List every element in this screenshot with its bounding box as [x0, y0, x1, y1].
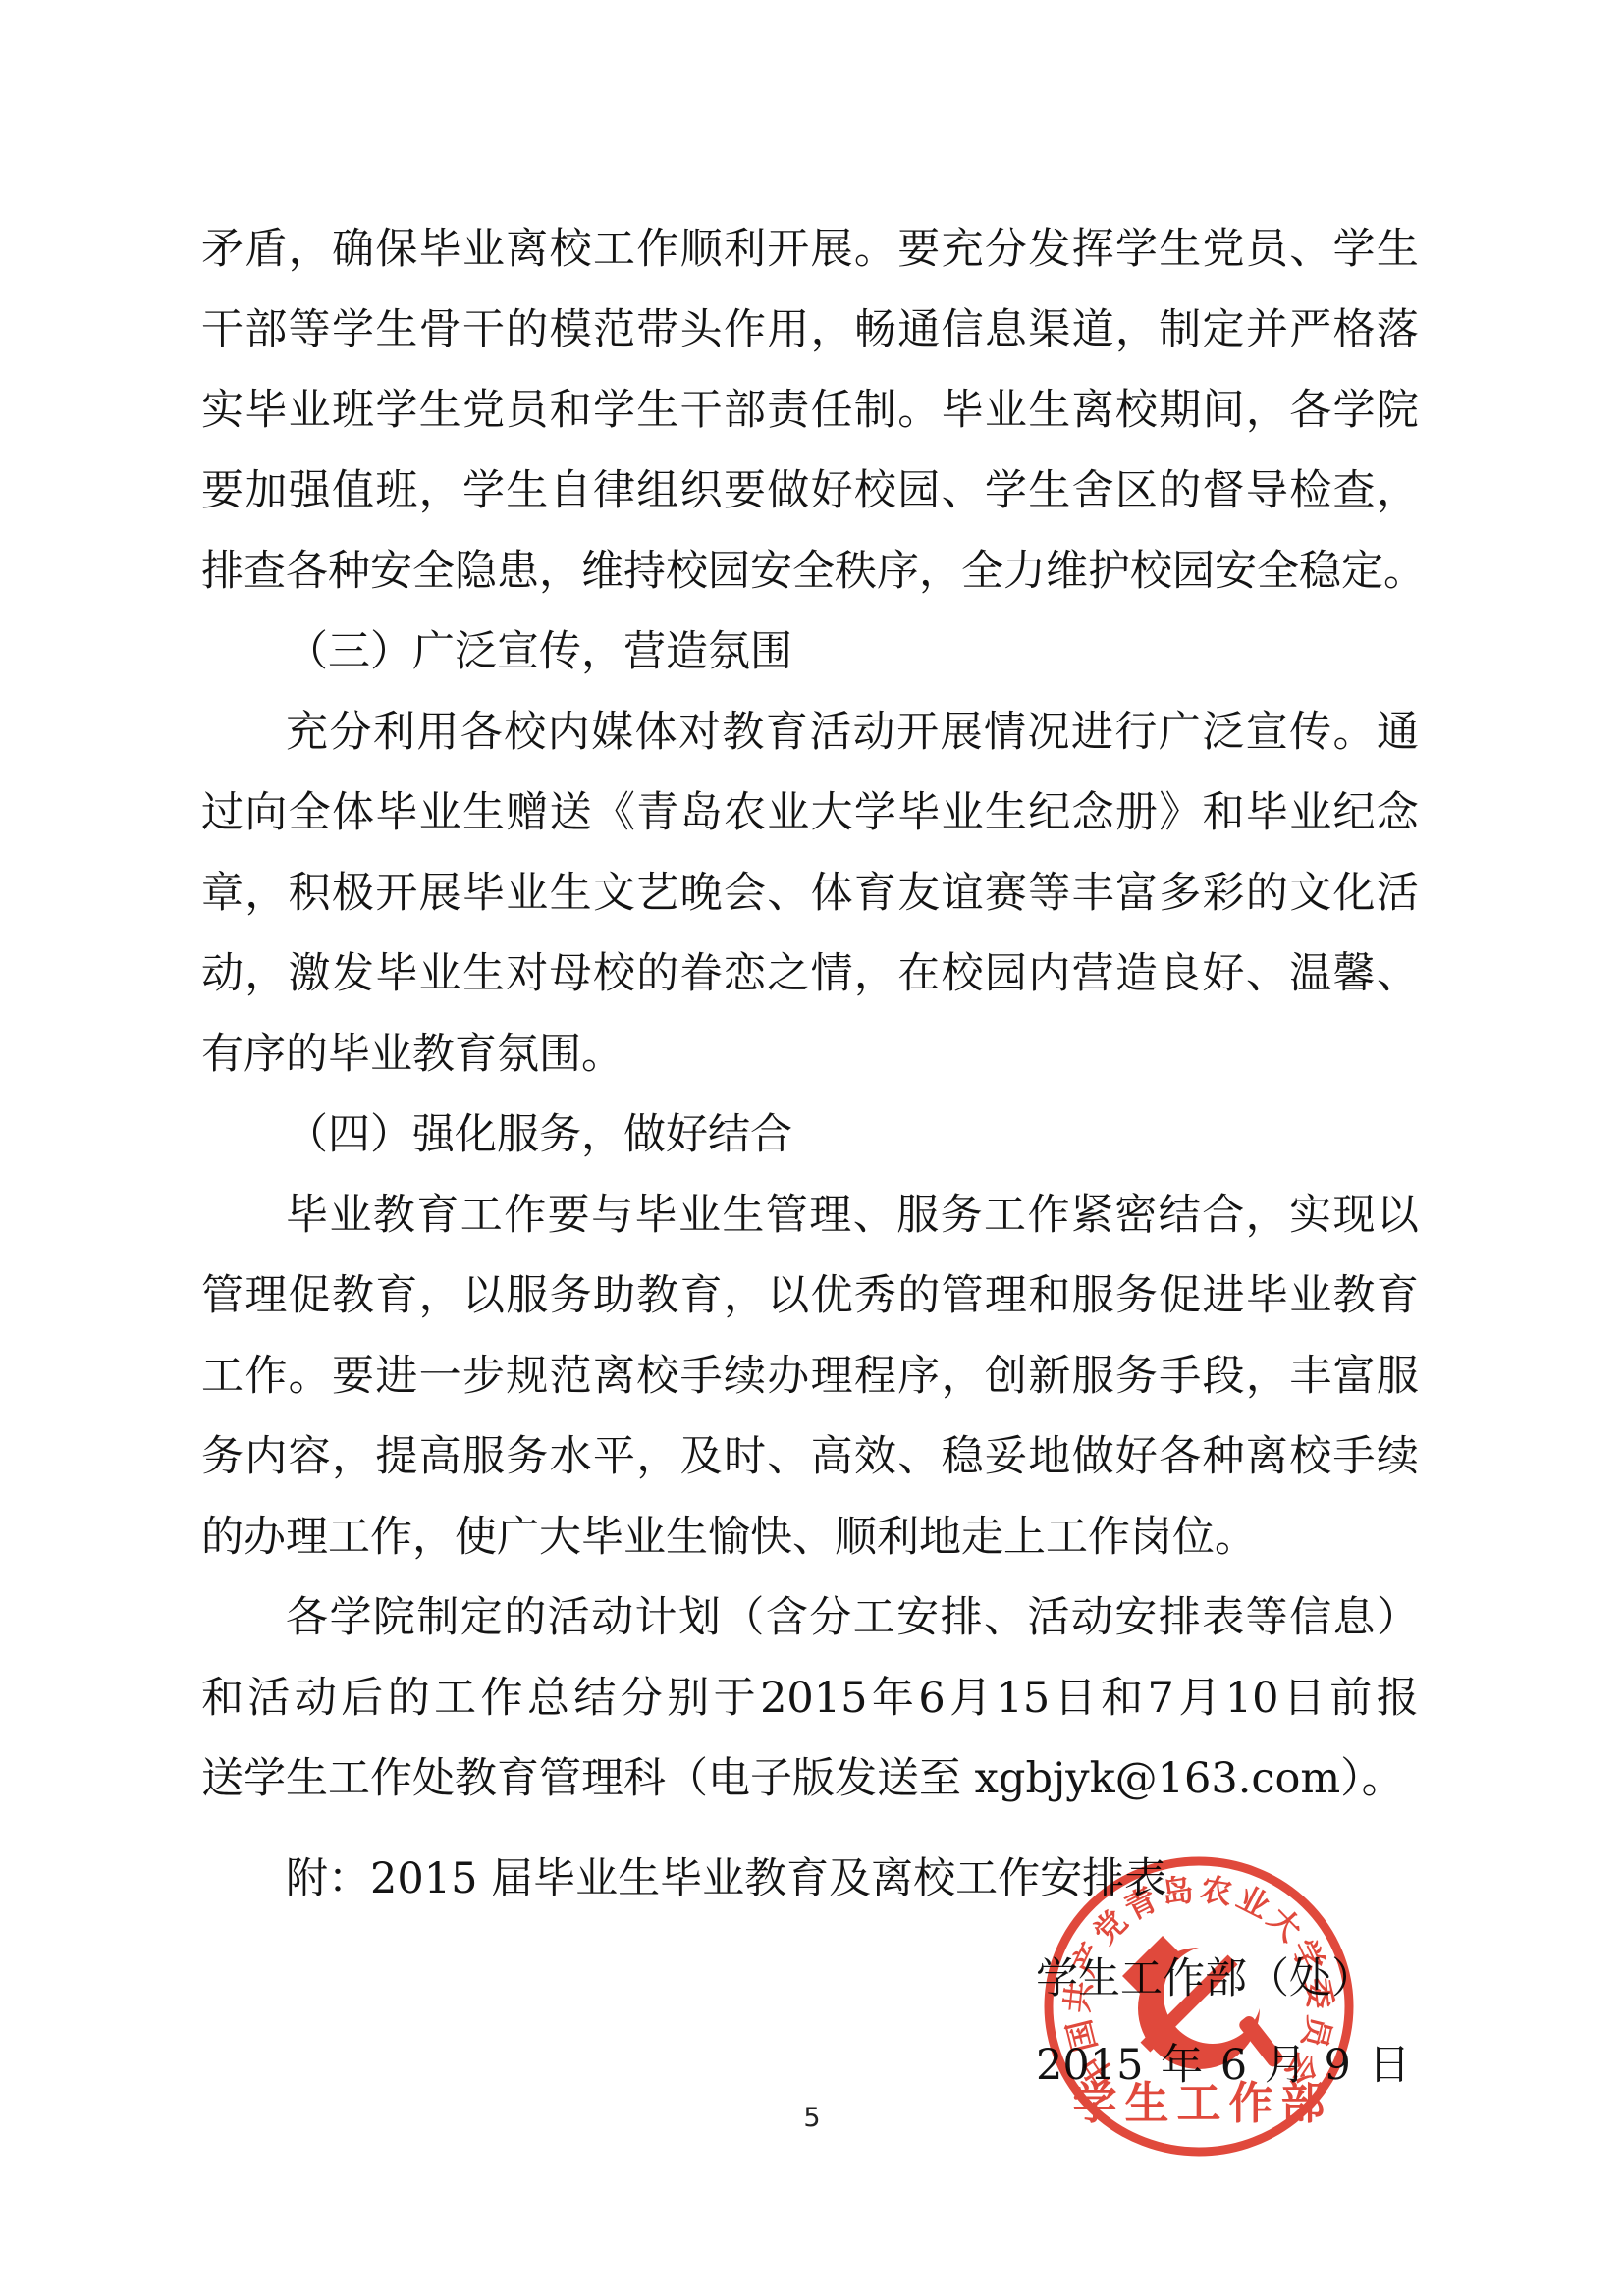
- body-line: 的办理工作，使广大毕业生愉快、顺利地走上工作岗位。: [201, 1510, 1419, 1590]
- body-line: 要加强值班，学生自律组织要做好校园、学生舍区的督导检查，: [201, 463, 1419, 544]
- body-line: 毕业教育工作要与毕业生管理、服务工作紧密结合，实现以: [201, 1188, 1419, 1268]
- body-line: 送学生工作处教育管理科（电子版发送至 xgbjyk@163.com）。: [201, 1751, 1419, 1832]
- body-line: 干部等学生骨干的模范带头作用，畅通信息渠道，制定并严格落: [201, 302, 1419, 383]
- section-heading-3: （三）广泛宣传，营造氛围: [201, 624, 1419, 705]
- body-line: 实毕业班学生党员和学生干部责任制。毕业生离校期间，各学院: [201, 383, 1419, 463]
- body-line: 章，积极开展毕业生文艺晚会、体育友谊赛等丰富多彩的文化活: [201, 866, 1419, 946]
- body-line: 务内容，提高服务水平，及时、高效、稳妥地做好各种离校手续: [201, 1429, 1419, 1510]
- document-page: 矛盾，确保毕业离校工作顺利开展。要充分发挥学生党员、学生 干部等学生骨干的模范带…: [0, 0, 1624, 2296]
- page-number: 5: [0, 2103, 1624, 2133]
- body-line: 有序的毕业教育氛围。: [201, 1027, 1419, 1107]
- body-line: 过向全体毕业生赠送《青岛农业大学毕业生纪念册》和毕业纪念: [201, 785, 1419, 866]
- body-line: 充分利用各校内媒体对教育活动开展情况进行广泛宣传。通: [201, 705, 1419, 785]
- attachment-line: 附：2015 届毕业生毕业教育及离校工作安排表: [201, 1851, 1419, 1932]
- body-line: 动，激发毕业生对母校的眷恋之情，在校园内营造良好、温馨、: [201, 946, 1419, 1027]
- body-line: 和活动后的工作总结分别于2015年6月15日和7月10日前报: [201, 1671, 1419, 1751]
- section-heading-4: （四）强化服务，做好结合: [201, 1107, 1419, 1188]
- document-body: 矛盾，确保毕业离校工作顺利开展。要充分发挥学生党员、学生 干部等学生骨干的模范带…: [201, 222, 1419, 2118]
- body-line: 各学院制定的活动计划（含分工安排、活动安排表等信息）: [201, 1590, 1419, 1671]
- body-line: 管理促教育，以服务助教育，以优秀的管理和服务促进毕业教育: [201, 1268, 1419, 1349]
- body-line: 排查各种安全隐患，维持校园安全秩序，全力维护校园安全稳定。: [201, 544, 1419, 624]
- signature-line: 学生工作部（处）: [201, 1951, 1419, 2032]
- body-line: 工作。要进一步规范离校手续办理程序，创新服务手段，丰富服: [201, 1349, 1419, 1429]
- body-line: 矛盾，确保毕业离校工作顺利开展。要充分发挥学生党员、学生: [201, 222, 1419, 302]
